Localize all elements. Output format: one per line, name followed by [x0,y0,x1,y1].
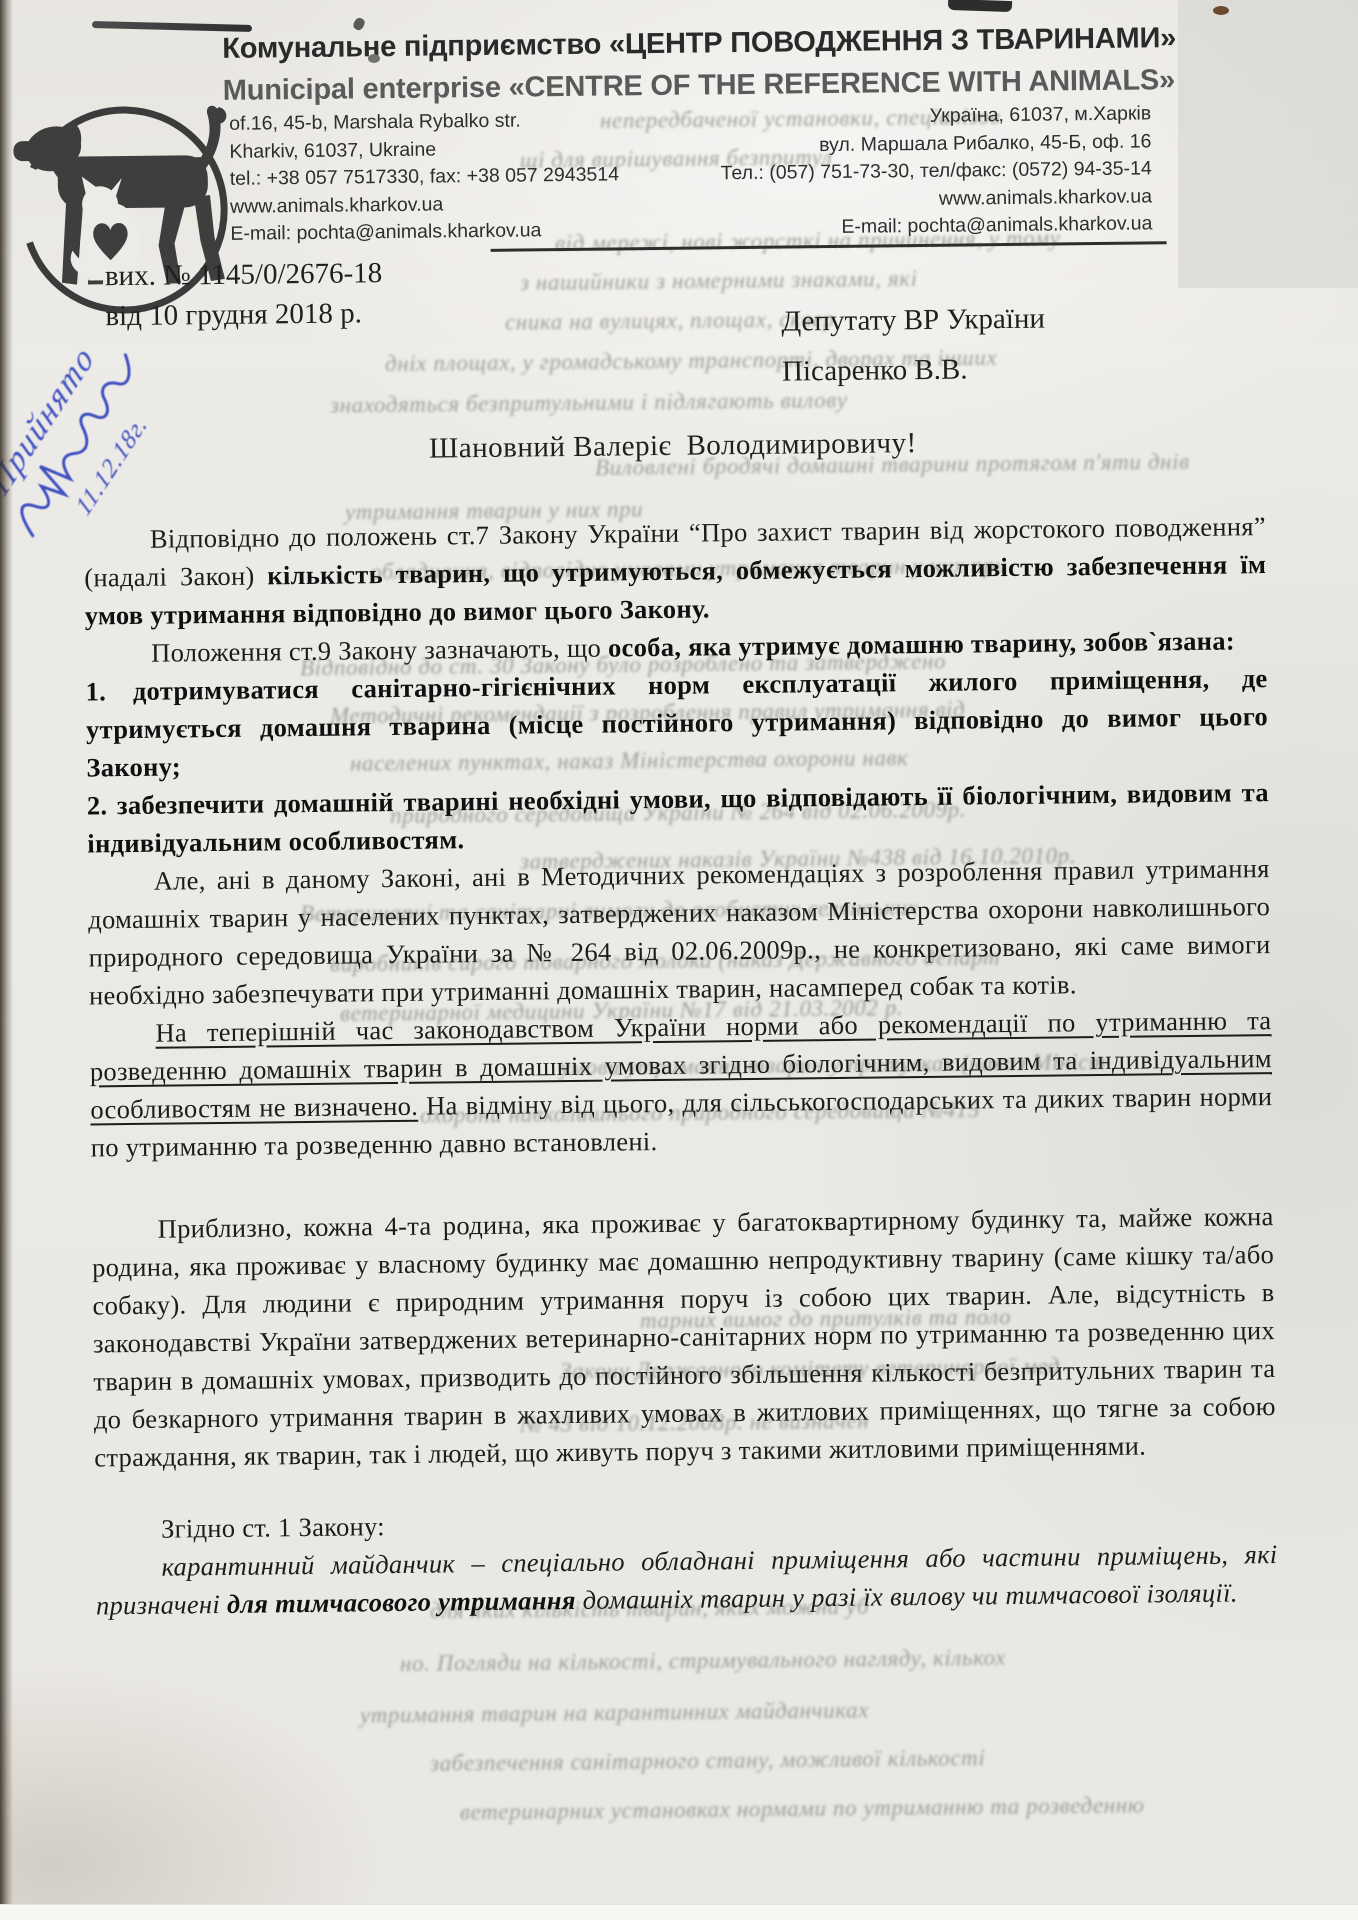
org-name-ukrainian: Комунальне підприємство «ЦЕНТР ПОВОДЖЕНН… [222,22,1172,66]
contact-block-english: of.16, 45-b, Marshala Rybalko str. Khark… [229,105,711,248]
scanner-background-area [1178,0,1358,288]
scanned-letter-page: непередбаченої установки, спеціалізовщі … [0,0,1358,1920]
addressee-name: Пісаренко В.В. [782,344,1046,397]
email-line: E-mail: pochta@animals.kharkov.ua [230,215,710,248]
list-item-1: 1. дотримуватися санітарно-гігієнічних н… [85,659,1268,786]
scan-edge-bottom [0,1904,1358,1920]
definition-text: домашніх тварин у разі їх вилову чи тимч… [576,1577,1238,1615]
paragraph: Але, ані в даному Законі, ані в Методичн… [88,849,1272,1014]
scan-edge-left [0,0,13,1920]
scan-tilt-wrapper: Комунальне підприємство «ЦЕНТР ПОВОДЖЕНН… [0,0,1358,1920]
contact-block-ukrainian: Україна, 61037, м.Харків вул. Маршала Ри… [651,100,1153,243]
ink-speck-artifact [368,54,380,63]
list-item-2: 2. забезпечити домашній тварині необхідн… [87,773,1270,862]
addressee-block: Депутату ВР України Пісаренко В.В. [781,294,1046,397]
paragraph-bold-text: особа, яка утримує домашню тварину, зобо… [608,625,1235,662]
paragraph-text: Положення ст.9 Закону зазначають, що [151,633,608,668]
stain-dot-artifact [1213,6,1229,15]
paragraph: На теперішній час законодавством України… [89,1001,1273,1166]
paragraph: Відповідно до положень ст.7 Закону Украї… [84,507,1267,634]
letter-body: Відповідно до положень ст.7 Закону Украї… [84,507,1278,1624]
paragraph: Приблизно, кожна 4-та родина, яка прожив… [91,1197,1276,1476]
definition-bold-text: для тимчасового утримання [227,1585,576,1619]
addressee-title: Депутату ВР України [781,294,1045,347]
email-line: E-mail: pochta@animals.kharkov.ua [652,210,1152,243]
definition-paragraph: карантинний майданчик – спеціально облад… [95,1535,1278,1624]
